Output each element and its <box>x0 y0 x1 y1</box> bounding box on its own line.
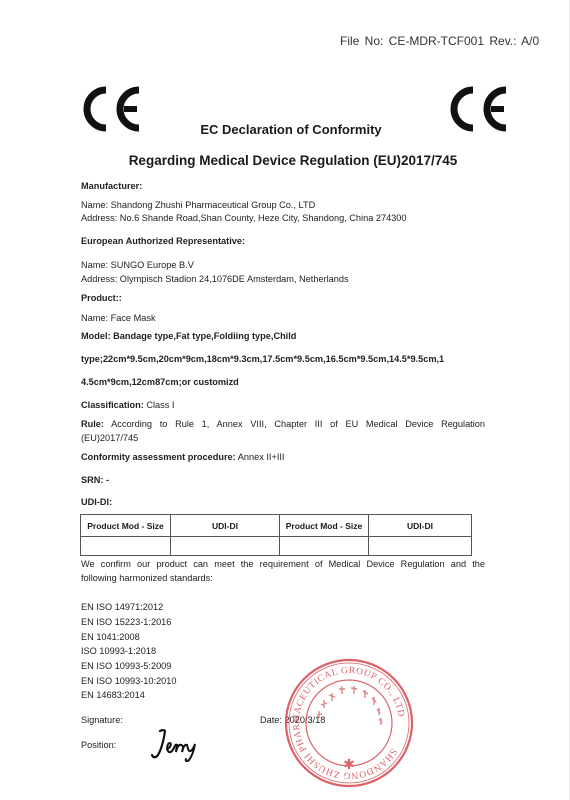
manufacturer-heading: Manufacturer: <box>81 181 142 191</box>
rule: Rule: According to Rule 1, Annex VIII, C… <box>81 417 485 431</box>
product-model-line1: Model: Bandage type,Fat type,Foldiing ty… <box>81 331 296 341</box>
conformity-label: Conformity assessment procedure: <box>81 452 236 462</box>
udi-col-header: UDI-DI <box>171 515 280 537</box>
manufacturer-address: Address: No.6 Shande Road,Shan County, H… <box>81 213 407 223</box>
svg-text:✱: ✱ <box>343 757 355 773</box>
date-label: Date: <box>260 715 282 725</box>
document-subtitle: Regarding Medical Device Regulation (EU)… <box>0 153 570 168</box>
standard-item: EN 1041:2008 <box>81 632 140 642</box>
standard-item: EN ISO 14971:2012 <box>81 602 163 612</box>
udi-col-header: Product Mod - Size <box>81 515 171 537</box>
conformity-value: Annex II+III <box>236 452 285 462</box>
file-number: File No: CE-MDR-TCF001 Rev.: A/0 <box>340 34 539 48</box>
product-model-line2: type;22cm*9.5cm,20cm*9cm,18cm*9.3cm,17.5… <box>81 354 444 364</box>
udi-cell <box>81 537 171 556</box>
product-name: Name: Face Mask <box>81 313 156 323</box>
product-heading: Product:: <box>81 293 122 303</box>
company-seal-stamp: SHANDONG ZHUSHI PHARMACEUTICAL GROUP CO.… <box>283 657 415 789</box>
udi-cell <box>369 537 472 556</box>
manufacturer-name: Name: Shandong Zhushi Pharmaceutical Gro… <box>81 200 315 210</box>
signature-jerry <box>150 728 218 764</box>
representative-name: Name: SUNGO Europe B.V <box>81 260 194 270</box>
position-label: Position: <box>81 740 116 750</box>
udi-col-header: Product Mod - Size <box>280 515 369 537</box>
standard-item: EN ISO 10993-5:2009 <box>81 661 171 671</box>
srn: SRN: - <box>81 475 109 485</box>
standard-item: ISO 10993-1:2018 <box>81 646 156 656</box>
rule-value: According to Rule 1, Annex VIII, Chapter… <box>104 419 485 429</box>
product-model-line3: 4.5cm*9cm,12cm87cm;or customizd <box>81 377 239 387</box>
confirm-statement-continued: following harmonized standards: <box>81 573 213 583</box>
udi-table: Product Mod - Size UDI-DI Product Mod - … <box>80 514 472 556</box>
udi-col-header: UDI-DI <box>369 515 472 537</box>
classification-label: Classification: <box>81 400 144 410</box>
rule-value-continued: (EU)2017/745 <box>81 433 138 443</box>
standard-item: EN ISO 10993-10:2010 <box>81 676 177 686</box>
conformity-procedure: Conformity assessment procedure: Annex I… <box>81 452 284 462</box>
confirm-statement: We confirm our product can meet the requ… <box>81 557 485 571</box>
rule-label: Rule: <box>81 419 104 429</box>
ce-mark-icon <box>444 86 510 132</box>
standard-item: EN ISO 15223-1:2016 <box>81 617 171 627</box>
udi-heading: UDI-DI: <box>81 497 112 507</box>
classification: Classification: Class I <box>81 400 174 410</box>
classification-value: Class I <box>144 400 175 410</box>
udi-cell <box>171 537 280 556</box>
udi-table-header: Product Mod - Size UDI-DI Product Mod - … <box>81 515 472 537</box>
representative-heading: European Authorized Representative: <box>81 236 245 246</box>
table-row <box>81 537 472 556</box>
udi-cell <box>280 537 369 556</box>
standard-item: EN 14683:2014 <box>81 690 145 700</box>
representative-address: Address: Olympisch Stadion 24,1076DE Ams… <box>81 274 349 284</box>
signature-label: Signature: <box>81 715 123 725</box>
